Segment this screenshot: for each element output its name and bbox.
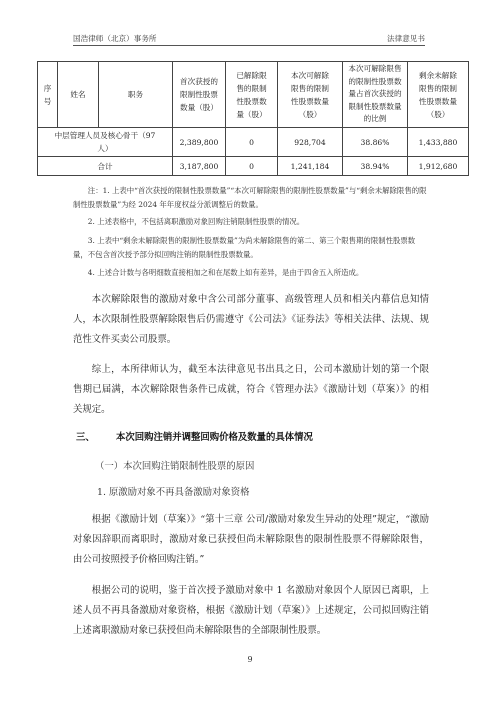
- cell-granted: 2,389,800: [173, 128, 226, 157]
- cell-remaining: 1,912,680: [408, 157, 469, 176]
- document-type: 法律意见书: [387, 33, 425, 44]
- insider-paragraph: 本次解除限售的激励对象中含公司部分董事、高级管理人员和相关内幕信息知情人，本次限…: [73, 290, 429, 350]
- cell-ratio: 38.94%: [343, 157, 408, 176]
- cell-released: 0: [226, 128, 278, 157]
- section-title: 本次回购注销并调整回购价格及数量的具体情况: [116, 432, 313, 443]
- table-note-2: 2. 上述表格中，不包括离职激励对象回购注销限制性股票的情况。: [73, 215, 429, 229]
- section-heading: 三、本次回购注销并调整回购价格及数量的具体情况: [76, 429, 313, 443]
- row-label: 合计: [38, 157, 173, 176]
- cell-releasable: 1,241,184: [278, 157, 343, 176]
- table-row: 中层管理人员及核心骨干（97 人） 2,389,800 0 928,704 38…: [38, 128, 469, 157]
- col-header-granted: 首次获授的 限制性股票 数量（股）: [173, 62, 226, 128]
- table-note-1: 注：1. 上表中“首次获授的限制性股票数量”“本次可解除限售的限制性股票数量”与…: [73, 184, 429, 212]
- firm-name: 国浩律师（北京）事务所: [73, 33, 157, 44]
- col-header-position: 职务: [99, 62, 173, 128]
- cell-ratio: 38.86%: [343, 128, 408, 157]
- section-number: 三、: [76, 429, 116, 443]
- col-header-ratio: 本次可解除限售 的限制性股票数 量占首次获授的 限制性股票数量 的比例: [343, 62, 408, 128]
- row-label: 中层管理人员及核心骨干（97 人）: [38, 128, 173, 157]
- cell-released: 0: [226, 157, 278, 176]
- table-note-4: 4. 上述合计数与各明细数直接相加之和在尾数上如有差异，是由于四舍五入所造成。: [73, 266, 429, 280]
- page-number: 9: [0, 655, 500, 664]
- cell-granted: 3,187,800: [173, 157, 226, 176]
- restricted-stock-table: 序 号 姓名 职务 首次获授的 限制性股票 数量（股） 已解除限 售的限制 性股…: [37, 61, 469, 176]
- cell-releasable: 928,704: [278, 128, 343, 157]
- table-total-row: 合计 3,187,800 0 1,241,184 38.94% 1,912,68…: [38, 157, 469, 176]
- table-note-3: 3. 上表中“剩余未解除限售的限制性股票数量”为尚未解除限售的第二、第三个限售期…: [73, 234, 429, 262]
- col-header-seq: 序 号: [38, 62, 58, 128]
- conclusion-paragraph: 综上，本所律师认为，截至本法律意见书出具之日，公司本激励计划的第一个限售期已届满…: [73, 360, 429, 420]
- cell-remaining: 1,433,880: [408, 128, 469, 157]
- table-header-row: 序 号 姓名 职务 首次获授的 限制性股票 数量（股） 已解除限 售的限制 性股…: [38, 62, 469, 128]
- col-header-releasable: 本次可解除 限售的限制 性股票数量 （股）: [278, 62, 343, 128]
- page-header: 国浩律师（北京）事务所 法律意见书: [73, 33, 425, 46]
- col-header-name: 姓名: [58, 62, 99, 128]
- item-heading: 1. 原激励对象不再具备激励对象资格: [97, 484, 250, 498]
- rule-quote-paragraph: 根据《激励计划（草案）》“第十三章 公司/激励对象发生异动的处理”规定，“激励对…: [73, 510, 429, 570]
- subsection-heading: （一）本次回购注销限制性股票的原因: [95, 458, 254, 472]
- col-header-released: 已解除限 售的限制 性股票数 量（股）: [226, 62, 278, 128]
- company-statement-paragraph: 根据公司的说明，鉴于首次授予激励对象中 1 名激励对象因个人原因已离职，上述人员…: [73, 581, 429, 641]
- col-header-remaining: 剩余未解除 限售的限制 性股票数量 （股）: [408, 62, 469, 128]
